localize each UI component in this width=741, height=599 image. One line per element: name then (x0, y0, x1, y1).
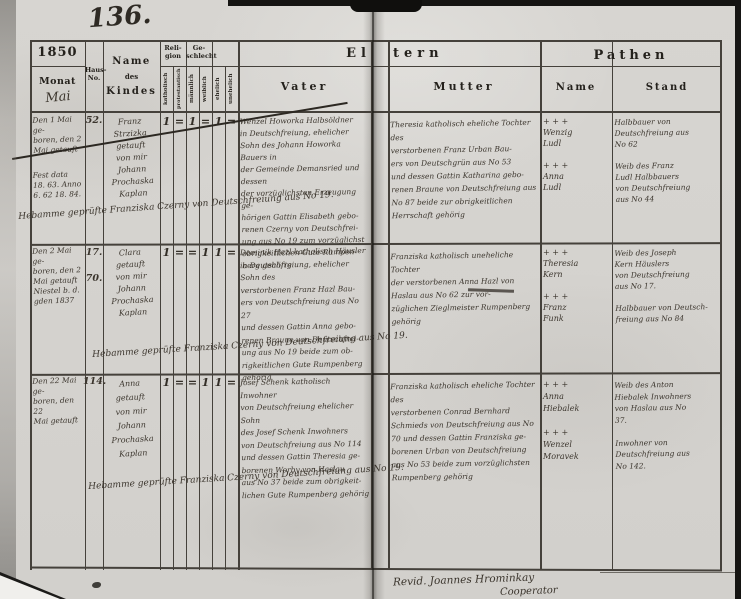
subcolumn-katholisch: katholisch (160, 67, 173, 111)
subcolumn-unehelich: unehelich (225, 67, 238, 111)
column-header-geschlecht: Ge- schlecht (186, 44, 212, 60)
mark-katholisch: 1 (160, 376, 173, 389)
monat-handwritten-value: Mai (33, 88, 82, 107)
column-header-monat: Monat (30, 76, 85, 87)
mark-katholisch: 1 (160, 246, 173, 259)
scan-edge-left (0, 0, 16, 599)
godparent-names: + + + Anna Hiebalek + + + Wenzel Moravek (543, 379, 609, 463)
birth-baptism-date: Den 2 Mai ge- boren, den 2 Mai getauft N… (32, 245, 85, 307)
mark-ehelich: 1 (212, 246, 225, 259)
child-name: Franz Strzizka getauft von mir Johann Pr… (102, 115, 161, 202)
scan-edge-top (228, 0, 741, 6)
mark-maennlich: = (186, 246, 199, 259)
column-header-kind-des: des (103, 72, 160, 81)
house-number: 17. 70. (85, 246, 103, 285)
godparent-stand: Weib des Anton Hiebalek Inwohners von Ha… (614, 378, 721, 472)
mark-unehelich: = (225, 376, 238, 389)
column-header-kind-name: Name (103, 56, 160, 67)
column-header-vater: Vater (238, 80, 371, 93)
mark-maennlich: = (186, 376, 199, 389)
mark-weiblich: 1 (199, 246, 212, 259)
mother-entry: Franziska katholisch uneheliche Tochter … (390, 248, 538, 329)
mark-ehelich: 1 (212, 376, 225, 389)
birth-baptism-date: Den 22 Mai ge- boren, den 22 Mai getauft (32, 375, 85, 427)
book-fold-crease (372, 0, 374, 599)
subcolumn-maennlich: männlich (186, 67, 199, 111)
mark-protestantisch: = (173, 246, 186, 259)
column-header-religion: Reli- gion (160, 44, 186, 60)
mark-weiblich: 1 (199, 376, 212, 389)
mark-katholisch: 1 (160, 115, 173, 128)
mark-protestantisch: = (173, 376, 186, 389)
subcolumn-ehelich: ehelich (212, 67, 225, 111)
father-entry: Josef Schenk katholisch Inwohner von Deu… (240, 375, 370, 502)
mark-ehelich: 1 (212, 115, 225, 128)
father-entry: Dominik Hazl katholisch Häusler in Deuts… (240, 245, 370, 385)
godparent-stand: Halbbauer von Deutschfreiung aus No 62 W… (614, 115, 721, 205)
margin-note: Fest data 18. 63. Anno 6. 62 18. 84. (32, 169, 84, 201)
reviser-title: Cooperator (500, 585, 558, 598)
subcolumn-protestantisch: protestantisch (173, 67, 186, 111)
column-header-pathen-name: Name (540, 82, 612, 93)
year-label: 1850 (30, 45, 85, 60)
column-header-mutter: Mutter (388, 80, 540, 93)
mark-unehelich: = (225, 246, 238, 259)
column-header-haus-no: Haus- No. (85, 66, 103, 82)
godparent-names: + + + Wenzig Ludl + + + Anna Ludl (543, 116, 609, 193)
header-group-divider-right (160, 66, 722, 67)
scan-edge-right (735, 0, 741, 599)
subcolumn-weiblich: weiblich (199, 67, 212, 111)
child-name: Anna getauft von mir Johann Prochaska Ka… (102, 376, 161, 463)
bottom-line-extension (600, 572, 741, 573)
scan-edge-fold-top (350, 0, 422, 12)
ink-blot (92, 582, 101, 588)
group-header-pathen: Pathen (540, 48, 722, 63)
mother-entry: Theresia katholisch eheliche Tochter des… (390, 116, 539, 223)
column-header-pathen-stand: Stand (612, 82, 722, 93)
register-scan-page: 136. 1850 Monat Mai Haus- No. Name des (0, 0, 741, 599)
header-group-divider-left (30, 66, 85, 67)
child-name: Clara getauft von mir Johann Prochaska K… (102, 246, 161, 321)
mark-protestantisch: = (173, 115, 186, 128)
page-number: 136. (87, 0, 152, 34)
godparent-stand: Weib des Joseph Kern Häuslers von Deutsc… (614, 246, 720, 325)
godparent-names: + + + Theresia Kern + + + Franz Funk (543, 247, 609, 324)
group-header-eltern-right: tern (393, 46, 444, 61)
house-number: 52. (85, 115, 103, 126)
book-fold (363, 0, 385, 599)
column-header-kind-kindes: Kindes (103, 86, 160, 97)
